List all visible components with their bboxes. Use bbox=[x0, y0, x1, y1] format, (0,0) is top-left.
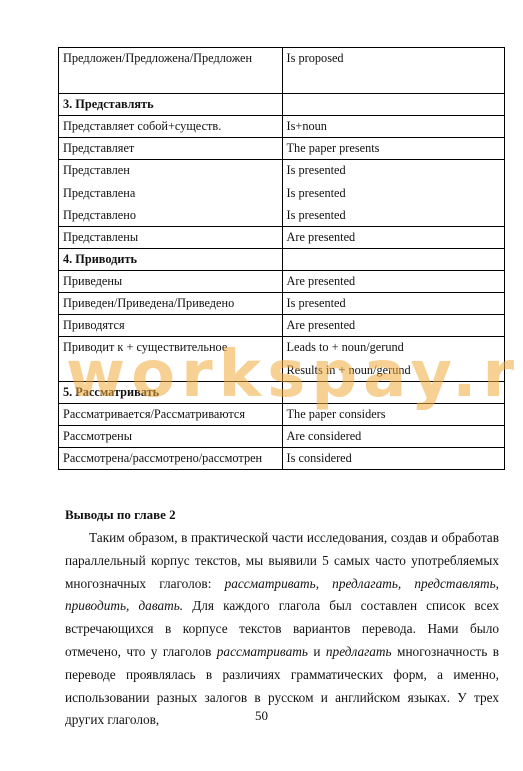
table-row: Рассматривается/РассматриваютсяThe paper… bbox=[59, 403, 505, 425]
russian-term: Приведен/Приведена/Приведено bbox=[63, 296, 278, 311]
english-cell: Are presented bbox=[282, 315, 504, 337]
russian-term: Предложен/Предложена/Предложен bbox=[63, 51, 278, 66]
table-row: ПредставляетThe paper presents bbox=[59, 138, 505, 160]
russian-cell: Приведен/Приведена/Приведено bbox=[59, 293, 283, 315]
english-cell: Are considered bbox=[282, 425, 504, 447]
english-term: The paper considers bbox=[287, 407, 500, 422]
russian-cell: Представлены bbox=[59, 227, 283, 249]
russian-term: Представлен bbox=[63, 163, 278, 178]
russian-cell: Рассмотрены bbox=[59, 425, 283, 447]
english-term: Are presented bbox=[287, 274, 500, 289]
conclusion-paragraph: Таким образом, в практической части иссл… bbox=[65, 527, 499, 732]
english-term bbox=[287, 97, 500, 112]
table-row: ПриведеныAre presented bbox=[59, 271, 505, 293]
russian-cell: Рассмотрена/рассмотрено/рассмотрен bbox=[59, 447, 283, 469]
table-row: Приводит к + существительноеLeads to + n… bbox=[59, 337, 505, 382]
english-term: Are presented bbox=[287, 318, 500, 333]
russian-term: Рассмотрены bbox=[63, 429, 278, 444]
russian-cell: 4. Приводить bbox=[59, 249, 283, 271]
russian-term: Рассмотрена/рассмотрено/рассмотрен bbox=[63, 451, 278, 466]
russian-cell: Рассматривается/Рассматриваются bbox=[59, 403, 283, 425]
translation-table: Предложен/Предложена/ПредложенIs propose… bbox=[58, 47, 505, 470]
russian-cell: 3. Представлять bbox=[59, 94, 283, 116]
section-row: 5. Рассматривать bbox=[59, 381, 505, 403]
english-term: Is presented bbox=[287, 163, 500, 178]
table-row: Приведен/Приведена/ПриведеноIs presented bbox=[59, 293, 505, 315]
page-number: 50 bbox=[0, 708, 523, 724]
russian-cell: Предложен/Предложена/Предложен bbox=[59, 48, 283, 94]
table-row: ПредставленПредставленаПредставленоIs pr… bbox=[59, 160, 505, 227]
russian-cell: Приводятся bbox=[59, 315, 283, 337]
english-cell: The paper presents bbox=[282, 138, 504, 160]
russian-term: Представляет bbox=[63, 141, 278, 156]
italic-term: рассматривать bbox=[217, 644, 308, 659]
russian-term: Представлена bbox=[63, 186, 278, 201]
russian-cell: Представляет собой+существ. bbox=[59, 116, 283, 138]
english-term: Is+noun bbox=[287, 119, 500, 134]
russian-cell: Представляет bbox=[59, 138, 283, 160]
russian-term: Приводит к + существительное bbox=[63, 340, 278, 355]
english-cell: Are presented bbox=[282, 271, 504, 293]
russian-cell: Приведены bbox=[59, 271, 283, 293]
table-row: Предложен/Предложена/ПредложенIs propose… bbox=[59, 48, 505, 94]
table-row: ПредставленыAre presented bbox=[59, 227, 505, 249]
russian-cell: ПредставленПредставленаПредставлено bbox=[59, 160, 283, 227]
english-term: Is considered bbox=[287, 451, 500, 466]
table-row: Представляет собой+существ.Is+noun bbox=[59, 116, 505, 138]
russian-term: Представляет собой+существ. bbox=[63, 119, 278, 134]
russian-term: 5. Рассматривать bbox=[63, 385, 278, 400]
russian-term: Представлены bbox=[63, 230, 278, 245]
english-cell: Leads to + noun/gerundResults in + noun/… bbox=[282, 337, 504, 382]
english-cell bbox=[282, 249, 504, 271]
english-term: Is presented bbox=[287, 296, 500, 311]
english-cell: Is considered bbox=[282, 447, 504, 469]
table-row: ПриводятсяAre presented bbox=[59, 315, 505, 337]
english-cell: The paper considers bbox=[282, 403, 504, 425]
section-row: 3. Представлять bbox=[59, 94, 505, 116]
russian-term: 4. Приводить bbox=[63, 252, 278, 267]
english-term bbox=[287, 252, 500, 267]
russian-term: Представлено bbox=[63, 208, 278, 223]
english-term: Is presented bbox=[287, 208, 500, 223]
russian-term: Приведены bbox=[63, 274, 278, 289]
russian-term: 3. Представлять bbox=[63, 97, 278, 112]
english-cell bbox=[282, 381, 504, 403]
russian-term: Рассматривается/Рассматриваются bbox=[63, 407, 278, 422]
english-cell: Is proposed bbox=[282, 48, 504, 94]
russian-cell: 5. Рассматривать bbox=[59, 381, 283, 403]
english-term: Are considered bbox=[287, 429, 500, 444]
english-term: Are presented bbox=[287, 230, 500, 245]
english-cell: Is presentedIs presentedIs presented bbox=[282, 160, 504, 227]
paragraph-text: и bbox=[308, 644, 326, 659]
english-term: Is proposed bbox=[287, 51, 500, 66]
english-term: Is presented bbox=[287, 186, 500, 201]
russian-term: Приводятся bbox=[63, 318, 278, 333]
english-cell: Are presented bbox=[282, 227, 504, 249]
table-row: РассмотреныAre considered bbox=[59, 425, 505, 447]
english-term: Leads to + noun/gerund bbox=[287, 340, 500, 355]
english-term: The paper presents bbox=[287, 141, 500, 156]
italic-term: предлагать bbox=[326, 644, 392, 659]
english-cell: Is+noun bbox=[282, 116, 504, 138]
english-term: Results in + noun/gerund bbox=[287, 363, 500, 378]
section-row: 4. Приводить bbox=[59, 249, 505, 271]
table-row: Рассмотрена/рассмотрено/рассмотренIs con… bbox=[59, 447, 505, 469]
russian-cell: Приводит к + существительное bbox=[59, 337, 283, 382]
section-heading: Выводы по главе 2 bbox=[65, 507, 176, 523]
document-page: Предложен/Предложена/ПредложенIs propose… bbox=[0, 0, 523, 771]
english-cell bbox=[282, 94, 504, 116]
english-cell: Is presented bbox=[282, 293, 504, 315]
english-term bbox=[287, 385, 500, 400]
